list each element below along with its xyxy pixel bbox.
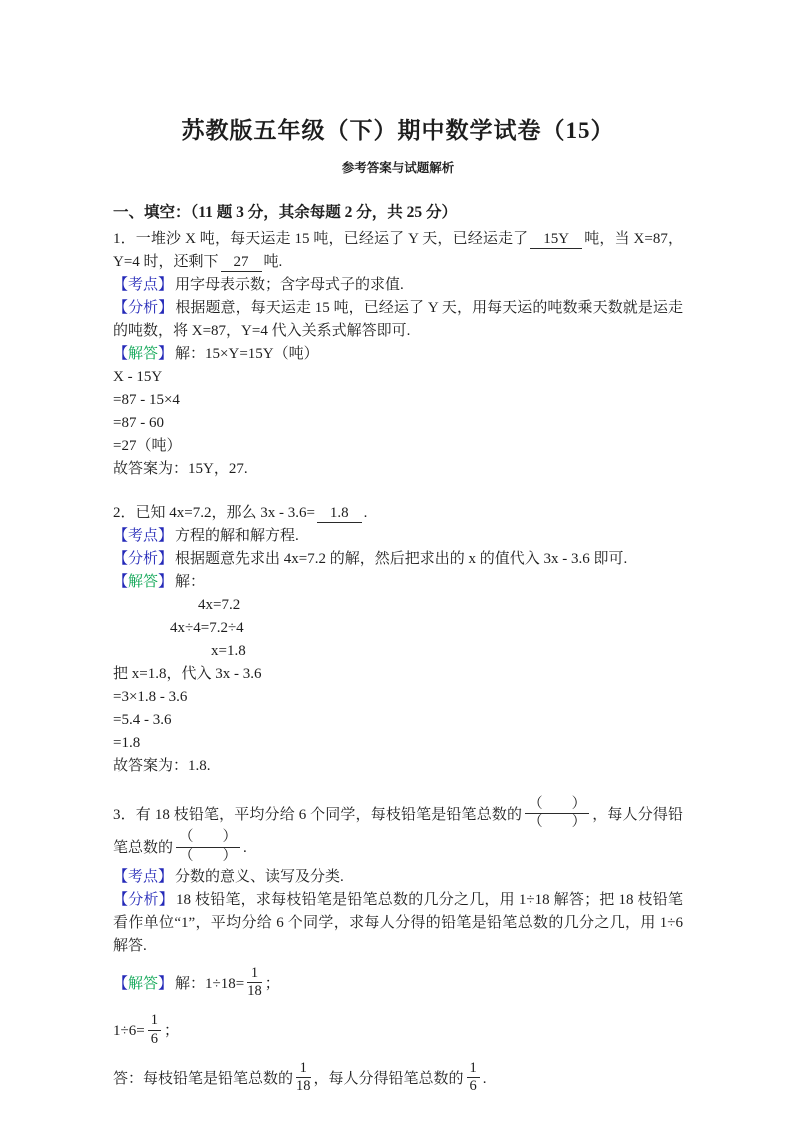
q1-solution-step: =27（吨）	[113, 435, 683, 458]
fenxi-label: 【分析】	[113, 892, 174, 908]
q2-jieda-line: 【解答】解：	[113, 571, 683, 594]
q3-jieda-line: 【解答】解：1÷18=118；	[113, 968, 683, 1001]
question-2: 2．已知 4x=7.2，那么 3x - 3.6=1.8. 【考点】方程的解和解方…	[113, 502, 683, 778]
q1-fenxi-line: 【分析】根据题意，每天运走 15 吨，已经运了 Y 天，用每天运的吨数乘天数就是…	[113, 297, 683, 343]
fraction-denominator: 6	[467, 1078, 480, 1094]
q3-stem-text-3: .	[243, 841, 247, 857]
q1-conclusion: 故答案为：15Y，27.	[113, 458, 683, 481]
q2-stem-text-2: .	[364, 505, 368, 521]
fenxi-label-text: 分析	[128, 892, 158, 908]
fraction-denominator: （ ）	[525, 814, 589, 830]
label-bracket-close: 】	[158, 574, 173, 590]
semicolon: ；	[265, 976, 280, 992]
q1-kaodian-line: 【考点】用字母表示数；含字母式子的求值.	[113, 274, 683, 297]
fraction-1-18: 118	[296, 1061, 311, 1094]
fraction-1-6: 16	[148, 1013, 161, 1046]
kaodian-label: 【考点】	[113, 528, 173, 544]
q2-answer-blank: 1.8	[317, 505, 362, 523]
q2-fenxi-line: 【分析】根据题意先求出 4x=7.2 的解，然后把求出的 x 的值代入 3x -…	[113, 548, 683, 571]
label-bracket-open: 【	[113, 574, 128, 590]
section-heading: 一、填空：（11 题 3 分，其余每题 2 分，共 25 分）	[113, 202, 683, 223]
label-bracket-open: 【	[113, 277, 128, 293]
q3-blank-fraction-1: （ ）（ ）	[525, 797, 589, 830]
q1-answer-blank-2: 27	[221, 254, 262, 272]
jieda-label-text: 解答	[128, 976, 158, 992]
q3-fenxi-text: 18 枝铅笔，求每枝铅笔是铅笔总数的几分之几，用 1÷18 解答；把 18 枝铅…	[113, 892, 683, 954]
q3-jieda-prefix: 解：1÷18=	[175, 976, 244, 992]
q3-fenxi-line: 【分析】18 枝铅笔，求每枝铅笔是铅笔总数的几分之几，用 1÷18 解答；把 1…	[113, 889, 683, 958]
q2-solution-step: 把 x=1.8，代入 3x - 3.6	[113, 663, 683, 686]
q2-conclusion: 故答案为：1.8.	[113, 755, 683, 778]
q1-solution-step: =87 - 60	[113, 412, 683, 435]
question-3: 3．有 18 枝铅笔，平均分给 6 个同学，每枝铅笔是铅笔总数的（ ）（ ），每…	[113, 799, 683, 1096]
q2-solution-step: =1.8	[113, 732, 683, 755]
q1-fenxi-text: 根据题意，每天运走 15 吨，已经运了 Y 天，用每天运的吨数乘天数就是运走的吨…	[113, 300, 683, 339]
q3-solution-line-2: 1÷6=16；	[113, 1015, 683, 1048]
fraction-denominator: （ ）	[176, 848, 240, 864]
q3-answer-line: 答：每枝铅笔是铅笔总数的118，每人分得铅笔总数的16.	[113, 1063, 683, 1096]
fraction-numerator: 1	[467, 1061, 480, 1078]
q3-kaodian-line: 【考点】分数的意义、读写及分类.	[113, 866, 683, 889]
q3-blank-fraction-2: （ ）（ ）	[176, 830, 240, 863]
q2-solution-step: =3×1.8 - 3.6	[113, 686, 683, 709]
kaodian-label-text: 考点	[128, 528, 158, 544]
label-bracket-open: 【	[113, 528, 128, 544]
label-bracket-open: 【	[113, 976, 128, 992]
label-bracket-open: 【	[113, 869, 128, 885]
label-bracket-open: 【	[113, 346, 128, 362]
fraction-denominator: 6	[148, 1031, 161, 1047]
q3-line2-prefix: 1÷6=	[113, 1023, 145, 1039]
q2-fenxi-text: 根据题意先求出 4x=7.2 的解，然后把求出的 x 的值代入 3x - 3.6…	[175, 551, 627, 567]
fraction-1-6: 16	[467, 1061, 480, 1094]
q2-equation: x=1.8	[113, 640, 683, 663]
q3-kaodian-text: 分数的意义、读写及分类.	[175, 869, 344, 885]
fenxi-label: 【分析】	[113, 551, 173, 567]
label-bracket-close: 】	[158, 346, 173, 362]
kaodian-label: 【考点】	[113, 277, 173, 293]
label-bracket-close: 】	[159, 892, 174, 908]
q1-stem: 1．一堆沙 X 吨，每天运走 15 吨，已经运了 Y 天，已经运走了15Y吨，当…	[113, 228, 683, 274]
fenxi-label-text: 分析	[128, 300, 158, 316]
fraction-numerator: （ ）	[525, 797, 589, 814]
fraction-numerator: 1	[247, 966, 262, 983]
document-page: 苏教版五年级（下）期中数学试卷（15） 参考答案与试题解析 一、填空：（11 题…	[0, 0, 793, 1122]
q3-stem-text-1: 3．有 18 枝铅笔，平均分给 6 个同学，每枝铅笔是铅笔总数的	[113, 807, 522, 823]
question-1: 1．一堆沙 X 吨，每天运走 15 吨，已经运了 Y 天，已经运走了15Y吨，当…	[113, 228, 683, 481]
label-bracket-close: 】	[158, 277, 173, 293]
fraction-denominator: 18	[296, 1078, 311, 1094]
jieda-label: 【解答】	[113, 976, 173, 992]
fraction-numerator: 1	[296, 1061, 311, 1078]
q3-answer-text-2: ，每人分得铅笔总数的	[314, 1071, 464, 1087]
label-bracket-open: 【	[113, 551, 128, 567]
document-subtitle: 参考答案与试题解析	[113, 160, 683, 176]
q2-solution-step: =5.4 - 3.6	[113, 709, 683, 732]
q1-solution-step: X - 15Y	[113, 366, 683, 389]
semicolon: ；	[164, 1023, 179, 1039]
fraction-numerator: 1	[148, 1013, 161, 1030]
q1-kaodian-text: 用字母表示数；含字母式子的求值.	[175, 277, 404, 293]
q3-answer-text-1: 答：每枝铅笔是铅笔总数的	[113, 1071, 293, 1087]
q2-equation: 4x=7.2	[113, 594, 683, 617]
label-bracket-open: 【	[113, 300, 128, 316]
fenxi-label-text: 分析	[128, 551, 158, 567]
q2-kaodian-line: 【考点】方程的解和解方程.	[113, 525, 683, 548]
q2-equation: 4x÷4=7.2÷4	[113, 617, 683, 640]
q2-stem-text-1: 2．已知 4x=7.2，那么 3x - 3.6=	[113, 505, 315, 521]
label-bracket-close: 】	[158, 528, 173, 544]
fenxi-label: 【分析】	[113, 300, 173, 316]
label-bracket-close: 】	[158, 976, 173, 992]
jieda-label-text: 解答	[128, 346, 158, 362]
document-title: 苏教版五年级（下）期中数学试卷（15）	[113, 116, 683, 146]
kaodian-label: 【考点】	[113, 869, 173, 885]
fraction-1-18: 118	[247, 966, 262, 999]
q1-stem-text-1: 1．一堆沙 X 吨，每天运走 15 吨，已经运了 Y 天，已经运走了	[113, 231, 528, 247]
jieda-label: 【解答】	[113, 346, 173, 362]
kaodian-label-text: 考点	[128, 869, 158, 885]
q1-jieda-line: 【解答】解：15×Y=15Y（吨）	[113, 343, 683, 366]
q2-kaodian-text: 方程的解和解方程.	[175, 528, 299, 544]
kaodian-label-text: 考点	[128, 277, 158, 293]
q1-answer-blank-1: 15Y	[530, 231, 582, 249]
label-bracket-close: 】	[158, 300, 173, 316]
jieda-label-text: 解答	[128, 574, 158, 590]
fraction-numerator: （ ）	[176, 830, 240, 847]
q1-solution-step: =87 - 15×4	[113, 389, 683, 412]
q1-jieda-intro: 解：15×Y=15Y（吨）	[175, 346, 319, 362]
q1-stem-text-3: 吨.	[264, 254, 283, 270]
jieda-label: 【解答】	[113, 574, 173, 590]
label-bracket-close: 】	[158, 869, 173, 885]
q2-jieda-intro: 解：	[175, 574, 205, 590]
q3-answer-text-3: .	[483, 1071, 487, 1087]
q2-stem: 2．已知 4x=7.2，那么 3x - 3.6=1.8.	[113, 502, 683, 525]
fraction-denominator: 18	[247, 983, 262, 999]
label-bracket-close: 】	[158, 551, 173, 567]
label-bracket-open: 【	[113, 892, 128, 908]
q3-stem: 3．有 18 枝铅笔，平均分给 6 个同学，每枝铅笔是铅笔总数的（ ）（ ），每…	[113, 799, 683, 866]
